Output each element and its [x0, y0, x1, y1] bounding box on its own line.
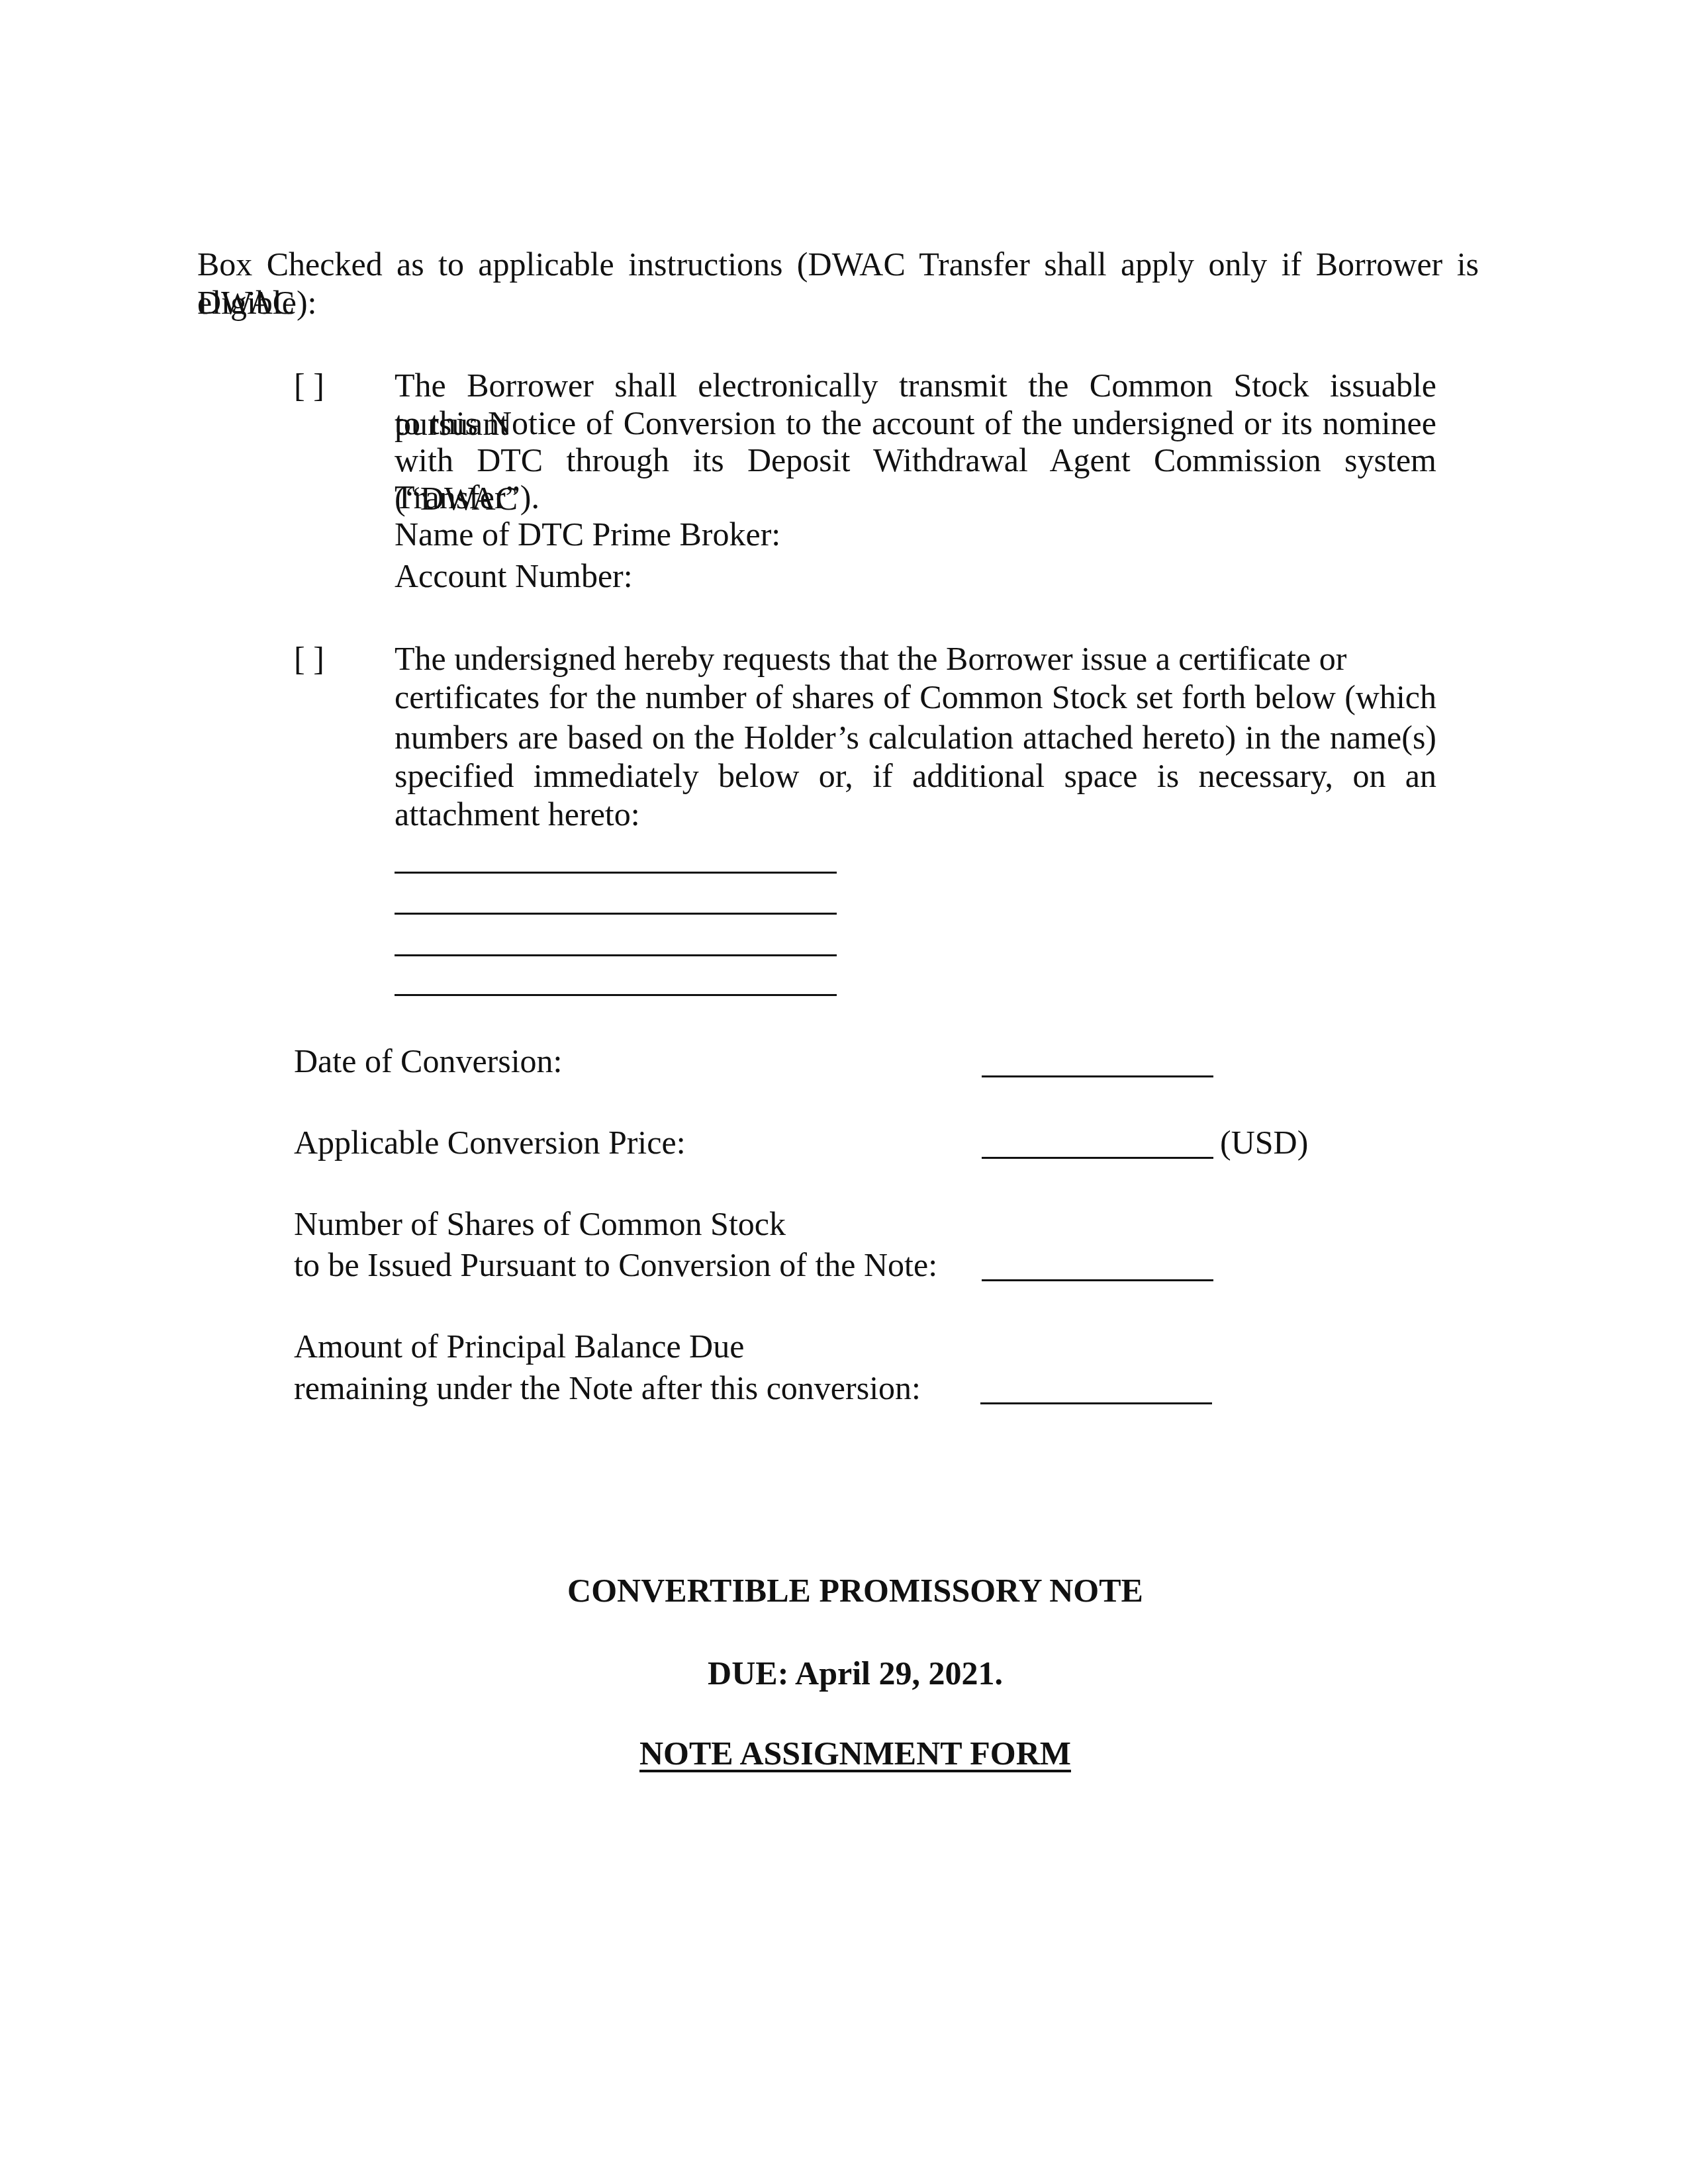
- account-number-label: Account Number:: [395, 557, 633, 595]
- assignment-form-heading: NOTE ASSIGNMENT FORM: [0, 1734, 1688, 1772]
- name-blank-line-4[interactable]: [395, 994, 837, 996]
- certificate-option-line2: certificates for the number of shares of…: [395, 678, 1436, 716]
- shares-label-line1: Number of Shares of Common Stock: [294, 1205, 786, 1243]
- dwac-option-line2: to this Notice of Conversion to the acco…: [395, 404, 1436, 442]
- certificate-option-line4: specified immediately below or, if addit…: [395, 756, 1436, 795]
- certificate-option-line1: The undersigned hereby requests that the…: [395, 639, 1346, 678]
- instructions-intro-line1: Box Checked as to applicable instruction…: [197, 245, 1479, 322]
- certificate-request-checkbox[interactable]: [ ]: [294, 639, 324, 678]
- assignment-form-heading-text: NOTE ASSIGNMENT FORM: [639, 1735, 1071, 1772]
- principal-balance-label-line2: remaining under the Note after this conv…: [294, 1369, 921, 1407]
- principal-balance-blank[interactable]: [980, 1402, 1212, 1404]
- conversion-price-blank[interactable]: [982, 1157, 1213, 1159]
- conversion-price-label: Applicable Conversion Price:: [294, 1123, 686, 1161]
- certificate-option-line3: numbers are based on the Holder’s calcul…: [395, 718, 1436, 756]
- dwac-option-line4: Transfer”).: [395, 478, 539, 516]
- usd-suffix: (USD): [1220, 1123, 1308, 1161]
- shares-label-line2: to be Issued Pursuant to Conversion of t…: [294, 1246, 937, 1284]
- name-blank-line-1[interactable]: [395, 872, 837, 874]
- note-title-heading: CONVERTIBLE PROMISSORY NOTE: [0, 1571, 1688, 1610]
- name-blank-line-2[interactable]: [395, 913, 837, 915]
- principal-balance-label-line1: Amount of Principal Balance Due: [294, 1327, 744, 1365]
- name-blank-line-3[interactable]: [395, 954, 837, 956]
- instructions-intro-line2: eligible):: [197, 283, 317, 322]
- due-date-heading: DUE: April 29, 2021.: [0, 1654, 1688, 1692]
- date-of-conversion-label: Date of Conversion:: [294, 1042, 562, 1080]
- dtc-prime-broker-label: Name of DTC Prime Broker:: [395, 515, 780, 553]
- date-of-conversion-blank[interactable]: [982, 1075, 1213, 1077]
- certificate-option-line5: attachment hereto:: [395, 795, 640, 833]
- dwac-option-line3: with DTC through its Deposit Withdrawal …: [395, 441, 1436, 518]
- shares-blank[interactable]: [982, 1279, 1213, 1281]
- dwac-transfer-checkbox[interactable]: [ ]: [294, 366, 324, 404]
